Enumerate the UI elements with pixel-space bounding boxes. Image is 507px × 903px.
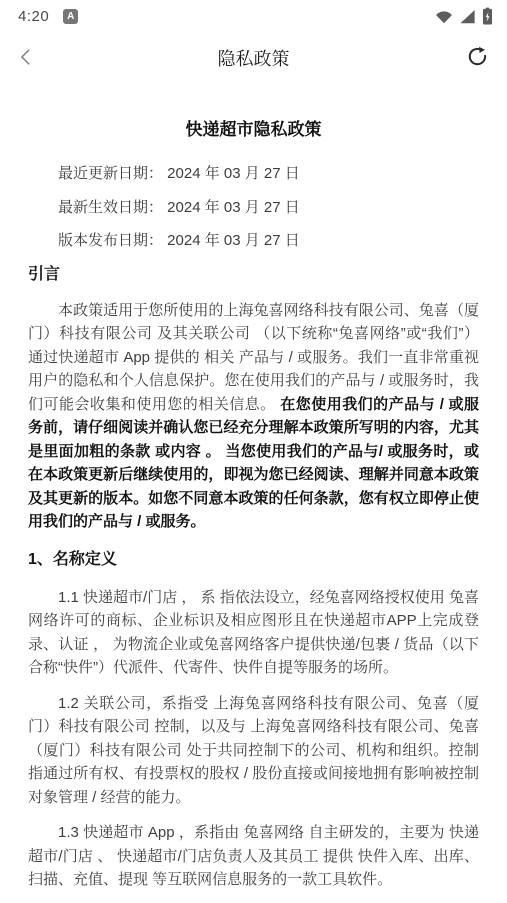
- updated-date-line: 最近更新日期： 2024 年 03 月 27 日: [28, 162, 479, 186]
- app-screen: 4:20 A: [0, 0, 507, 903]
- document-title: 快递超市隐私政策: [28, 118, 479, 142]
- status-time: 4:20: [18, 8, 49, 25]
- status-bar: 4:20 A: [0, 0, 507, 32]
- release-date-line: 版本发布日期： 2024 年 03 月 27 日: [28, 229, 479, 253]
- back-button[interactable]: [8, 40, 44, 76]
- intro-paragraph-bold: 在您使用我们的产品与 / 或服务前，请仔细阅读并确认您已经充分理解本政策所写明的…: [28, 396, 479, 531]
- back-chevron-icon: [15, 46, 37, 71]
- status-bar-right: [435, 7, 493, 25]
- clause-1-2: 1.2 关联公司，系指受 上海兔喜网络科技有限公司、兔喜（厦门）科技有限公司 控…: [28, 692, 479, 810]
- signal-icon: [459, 9, 476, 24]
- status-bar-left: 4:20 A: [18, 8, 78, 25]
- clause-1-3: 1.3 快递超市 App ，系指由 兔喜网络 自主研发的，主要为 快递超市/门店…: [28, 821, 479, 892]
- clause-1-1: 1.1 快递超市/门店 ， 系 指依法设立，经兔喜网络授权使用 兔喜网络许可的商…: [28, 586, 479, 680]
- effective-date-line: 最新生效日期： 2024 年 03 月 27 日: [28, 196, 479, 220]
- section1-heading: 1、名称定义: [28, 548, 479, 572]
- refresh-button[interactable]: [459, 40, 495, 76]
- wifi-icon: [435, 9, 453, 24]
- battery-icon: [482, 7, 493, 25]
- navbar: 隐私政策: [0, 32, 507, 84]
- intro-heading: 引言: [28, 263, 479, 287]
- refresh-icon: [466, 45, 489, 71]
- intro-paragraph: 本政策适用于您所使用的上海兔喜网络科技有限公司、兔喜（厦门）科技有限公司 及其关…: [28, 299, 479, 534]
- policy-document[interactable]: 快递超市隐私政策 最近更新日期： 2024 年 03 月 27 日 最新生效日期…: [0, 118, 507, 892]
- ime-badge-icon: A: [63, 9, 78, 24]
- page-title: 隐私政策: [218, 45, 290, 71]
